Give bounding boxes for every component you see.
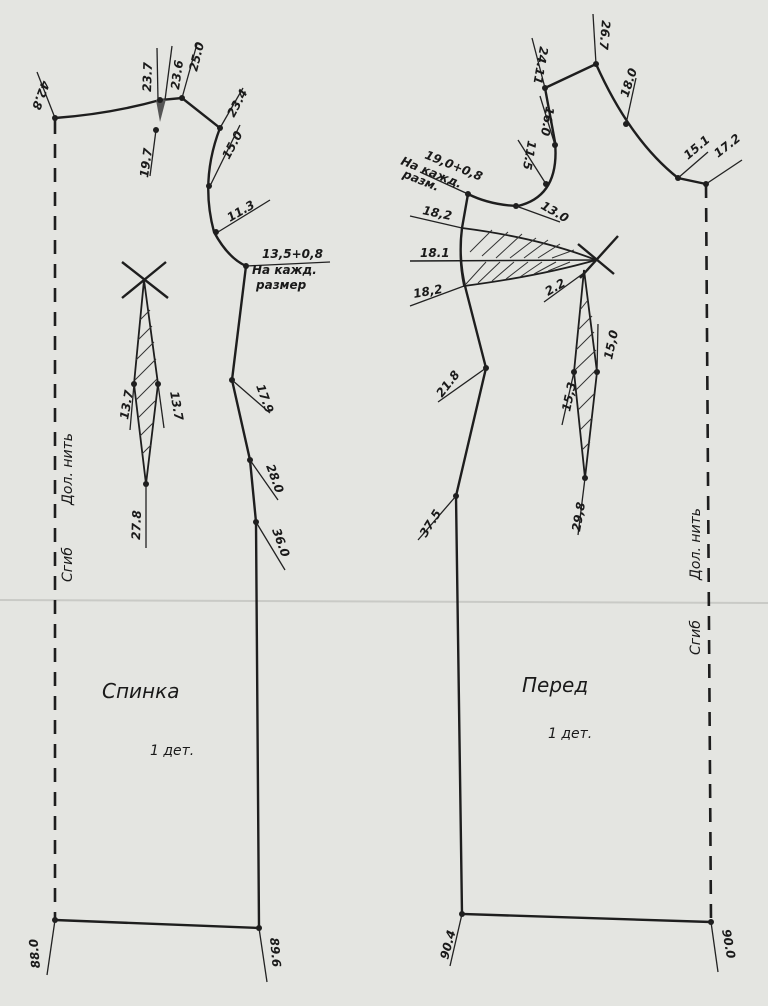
back-armhole-label-1: 15.0	[219, 129, 245, 162]
back-shoulder-label-3: 25.0	[186, 41, 207, 73]
front-fold-line	[706, 184, 711, 922]
back-hem-left: 88.0	[26, 938, 43, 969]
back-armhole-note: 13,5+0,8	[262, 247, 323, 261]
front-waist-dart-bottom: 29,8	[569, 501, 588, 533]
back-armhole-note-2: На кажд.	[252, 263, 317, 277]
back-side-label-1: 17.9	[253, 382, 276, 415]
back-grain-label: Дол. нить	[60, 433, 76, 506]
front-shoulder-label-1: 24.11	[530, 45, 550, 85]
front-dart-offset-label: 2.2	[543, 276, 568, 299]
back-piece: 42.8 23.7 23.6 25.0 23.4 15.0 11.3 19.7 …	[26, 41, 330, 982]
back-dart-label: 19.7	[137, 147, 155, 179]
back-armhole-note-3: размер	[255, 278, 307, 292]
back-title: Спинка	[102, 679, 179, 703]
front-waist-dart-left: 15,3	[559, 381, 579, 413]
back-dart-side-right: 13.7	[167, 390, 186, 422]
front-bust-dart-label-3: 18,2	[412, 282, 444, 301]
front-hem-right: 90.0	[719, 928, 738, 960]
paper-crease	[0, 600, 768, 603]
front-side-label-1: 21.8	[433, 368, 462, 400]
back-count: 1 дет.	[150, 743, 194, 759]
front-neck-label-3: 17.2	[711, 131, 743, 160]
back-neck-label: 42.8	[29, 78, 53, 112]
back-side-label-3: 36.0	[269, 526, 292, 559]
back-outline	[55, 98, 259, 928]
front-side-label-2: 37.5	[417, 507, 445, 540]
back-dart-bottom: 27.8	[129, 510, 144, 540]
front-piece: 24.11 26.7 18.0 15.1 17.2 16.0 11.5 13.0…	[399, 14, 743, 972]
back-shoulder-label-4: 23.4	[224, 87, 250, 120]
back-dart-side-left: 13.7	[117, 388, 136, 420]
pattern-drawing: 42.8 23.7 23.6 25.0 23.4 15.0 11.3 19.7 …	[0, 0, 768, 1006]
back-shoulder-label-2: 23.6	[168, 59, 186, 90]
front-fold-label: Сгиб	[688, 620, 704, 655]
front-grain-label: Дол. нить	[688, 508, 704, 581]
front-shoulder-label-2: 26.7	[596, 20, 613, 51]
front-count: 1 дет.	[548, 726, 592, 742]
back-hem-right: 89.6	[267, 937, 284, 968]
back-side-label-2: 28.0	[263, 462, 286, 495]
front-armhole-label-3: 13.0	[539, 198, 572, 225]
front-waist-dart-right: 15,0	[601, 329, 621, 361]
front-bust-dart-label-2: 18.1	[420, 246, 450, 260]
front-armhole-label-2: 11.5	[520, 139, 539, 171]
back-leader-lines	[37, 44, 330, 982]
front-neck-label-1: 18.0	[618, 66, 640, 98]
front-title: Перед	[522, 673, 588, 697]
back-shoulder-label-1: 23.7	[140, 61, 155, 92]
front-neck-label-2: 15.1	[681, 133, 713, 163]
back-fold-label: Сгиб	[60, 547, 76, 582]
back-armhole-label-2: 11.3	[225, 198, 258, 225]
